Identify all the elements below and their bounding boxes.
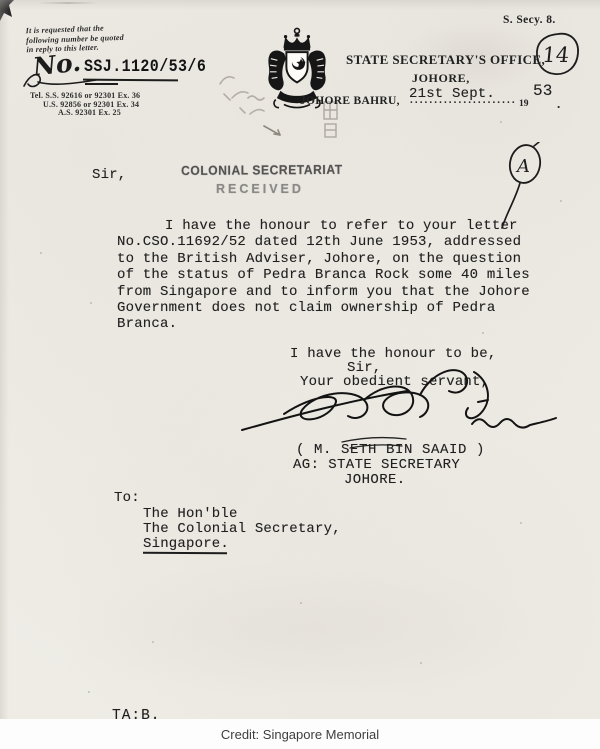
scan-scratch [38,2,98,4]
telephone-line: A.S. 92301 Ex. 25 [58,109,140,118]
salutation: Sir, [92,167,126,183]
typed-date: 21st Sept. [409,86,495,102]
body-line: of the status of Pedra Branca Rock some … [117,267,530,283]
signer-title: AG: STATE SECRETARY [293,457,460,473]
body-line: I have the honour to refer to your lette… [117,218,530,234]
received-stamp-received: RECEIVED [216,182,304,196]
body-line: to the British Adviser, Johore, on the q… [117,251,530,267]
office-name: STATE SECRETARY'S OFFICE, [346,52,545,68]
office-place: JOHORE, [412,71,470,86]
reference-underline-short [85,83,118,85]
credit-caption: Credit: Singapore Memorial [0,719,600,749]
secretary-reference: S. Secy. 8. [503,14,556,26]
body-line: Government does not claim ownership of P… [117,300,530,316]
addressee-line: The Colonial Secretary, [143,521,341,537]
signature-scrawl [222,366,562,450]
reference-number: SSJ.1120/53/6 [84,57,206,77]
singapore-underline [143,552,227,554]
addressee-underlined: Singapore. [143,536,229,552]
scan-smudge [60,560,540,700]
body-line: from Singapore and to inform you that th… [117,284,530,300]
signer-name: ( M. SETH BIN SAAID ) [296,442,485,458]
body-line: No.CSO.11692/52 dated 12th June 1953, ad… [117,234,530,250]
quote-number-note: It is requested that the following numbe… [26,22,157,55]
received-stamp-office: COLONIAL SECRETARIAT [181,162,343,178]
body-paragraph: I have the honour to refer to your lette… [117,218,530,333]
body-line: Branca. [117,316,530,332]
circled-annotation-text: A [515,156,530,177]
scanned-letter-page: It is requested that the following numbe… [0,0,600,749]
addressee-line: The Hon'ble [143,506,238,522]
scan-corner-artifact [0,0,15,21]
dateline-place: JOHORE BAHRU, [300,95,400,107]
scan-edge-left [0,0,9,749]
telephone-block: Tel. S.S. 92616 or 92301 Ex. 36 U.S. 928… [30,92,140,118]
typed-year: 53 [533,82,553,100]
dateline-year-prefix: 19 [519,99,529,109]
folio-number-text: 14 [541,42,570,67]
dateline-period: . [557,96,560,112]
closing-line: I have the honour to be, [290,346,496,362]
credit-text: Credit: Singapore Memorial [221,727,379,742]
scan-edge-top [0,0,600,10]
signer-title-place: JOHORE. [344,472,406,488]
to-label: To: [114,490,140,506]
